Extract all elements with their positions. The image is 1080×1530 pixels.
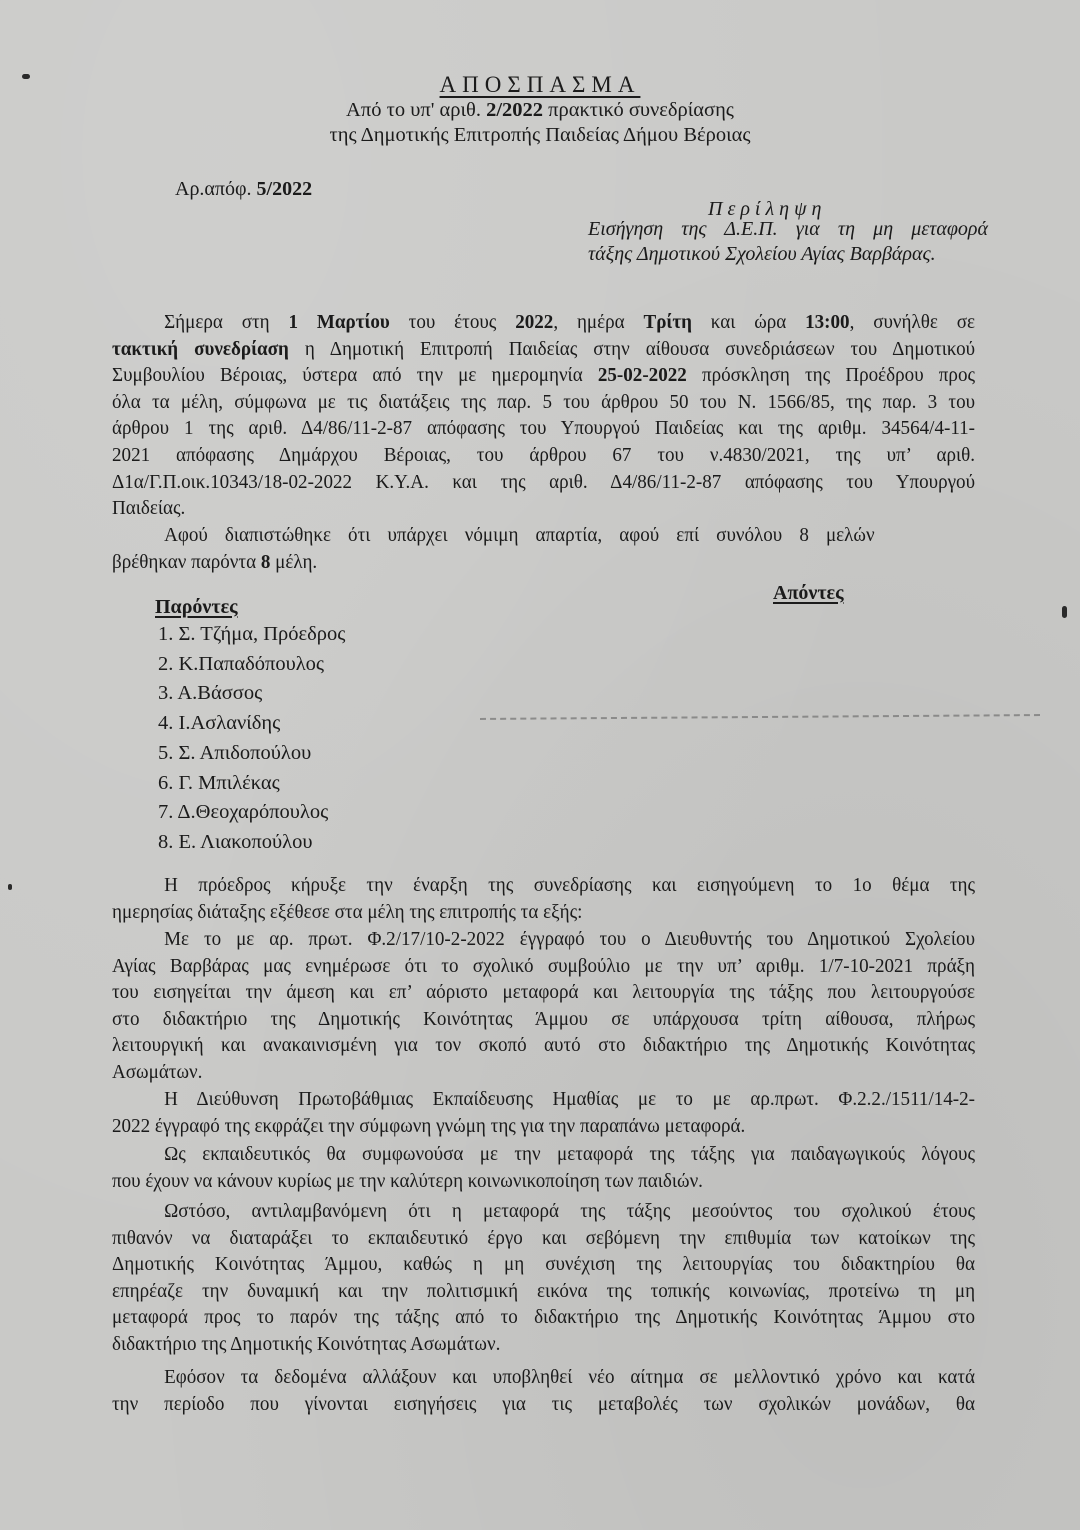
- document-page: ΑΠΟΣΠΑΣΜΑ Από το υπ' αριθ. 2/2022 πρακτι…: [0, 0, 1080, 1530]
- paragraph-line: του εισηγείται την άμεση και επ’ αόριστο…: [112, 979, 975, 1006]
- scan-speck: [22, 74, 30, 79]
- absent-placeholder-line: [480, 714, 1040, 720]
- paragraph-line: ημερησίας διάταξης εξέθεσε στα μέλη της …: [112, 899, 975, 926]
- intro-text: Δ1α/Γ.Π.οικ.10343/18-02-2022 Κ.Υ.Α. και …: [112, 471, 975, 493]
- intro-line: τακτική συνεδρίαση η Δημοτική Επιτροπή Π…: [112, 336, 975, 363]
- intro-text: Συμβουλίου Βέροιας, ύστερα από την με ημ…: [112, 364, 598, 386]
- paragraph-educational-view: Ως εκπαιδευτικός θα συμφωνούσα με την με…: [112, 1141, 975, 1194]
- paragraph-line: Εφόσον τα δεδομένα αλλάξουν και υποβληθε…: [112, 1364, 975, 1391]
- paragraph-line: Ασωμάτων.: [112, 1059, 975, 1086]
- paragraph-line: Η πρόεδρος κήρυξε την έναρξη της συνεδρί…: [112, 872, 975, 899]
- intro-emphasis: 25-02-2022: [598, 364, 687, 386]
- quorum-text: βρέθηκαν παρόντα: [112, 551, 261, 573]
- paragraph-opening: Η πρόεδρος κήρυξε την έναρξη της συνεδρί…: [112, 872, 975, 925]
- paragraph-line: μεταφορά προς το παρόν της τάξης από το …: [112, 1304, 975, 1331]
- decision-value: 5/2022: [257, 178, 313, 200]
- intro-emphasis: 2022: [515, 311, 553, 333]
- intro-line: Παιδείας.: [112, 495, 975, 522]
- paragraph-line: λειτουργική και ανακαινισμένη για τον σκ…: [112, 1032, 975, 1059]
- paragraph-line: στο διδακτήριο της Δημοτικής Κοινότητας …: [112, 1006, 975, 1033]
- paragraph-line: Δημοτικής Κοινότητας Άμμου, καθώς η μη σ…: [112, 1251, 975, 1278]
- paragraph-line: την περίοδο που γίνονται εισηγήσεις για …: [112, 1391, 975, 1418]
- paragraph-line: που έχουν να κάνουν κυρίως με την καλύτε…: [112, 1168, 975, 1195]
- quorum-text: μέλη.: [270, 551, 317, 573]
- intro-line: Δ1α/Γ.Π.οικ.10343/18-02-2022 Κ.Υ.Α. και …: [112, 469, 975, 496]
- member-list-item: 3. Α.Βάσσος: [158, 679, 345, 709]
- subtitle-text: πρακτικό συνεδρίασης: [543, 99, 734, 121]
- document-title: ΑΠΟΣΠΑΣΜΑ: [0, 72, 1080, 98]
- intro-paragraph: Σήμερα στη 1 Μαρτίου του έτους 2022, ημέ…: [112, 309, 975, 522]
- intro-text: Παιδείας.: [112, 497, 185, 519]
- intro-text: πρόσκληση της Προέδρου προς: [687, 364, 975, 386]
- decision-number: Αρ.απόφ. 5/2022: [175, 178, 312, 201]
- intro-emphasis: τακτική συνεδρίαση: [112, 338, 289, 360]
- paragraph-line: Η Διεύθυνση Πρωτοβάθμιας Εκπαίδευσης Ημα…: [112, 1086, 975, 1113]
- paragraph-line: διδακτήριο της Δημοτικής Κοινότητας Ασωμ…: [112, 1331, 975, 1358]
- paragraph-line: Αγίας Βαρβάρας μας ενημέρωσε ότι το σχολ…: [112, 953, 975, 980]
- paragraph-proposal: Ωστόσο, αντιλαμβανόμενη ότι η μεταφορά τ…: [112, 1198, 975, 1358]
- intro-text: 2021 απόφασης Δημάρχου Βέροιας, του άρθρ…: [112, 444, 975, 466]
- present-members-list: 1. Σ. Τζήμα, Πρόεδρος2. Κ.Παπαδόπουλος3.…: [158, 620, 345, 858]
- intro-text: , ημέρα: [553, 311, 643, 333]
- paragraph-future-request: Εφόσον τα δεδομένα αλλάξουν και υποβληθε…: [112, 1364, 975, 1417]
- member-list-item: 2. Κ.Παπαδόπουλος: [158, 650, 345, 680]
- intro-text: άρθρου 1 της αριθ. Δ4/86/11-2-87 απόφαση…: [112, 417, 975, 439]
- paragraph-line: Με το με αρ. πρωτ. Φ.2/17/10-2-2022 έγγρ…: [112, 926, 975, 953]
- intro-emphasis: 1 Μαρτίου: [288, 311, 389, 333]
- subtitle-text: Από το υπ' αριθ.: [346, 99, 486, 121]
- paragraph-directorate-opinion: Η Διεύθυνση Πρωτοβάθμιας Εκπαίδευσης Ημα…: [112, 1086, 975, 1139]
- quorum-line1: Αφού διαπιστώθηκε ότι υπάρχει νόμιμη απα…: [112, 522, 875, 549]
- paragraph-line: πιθανόν να διαταράξει το εκπαιδευτικό έρ…: [112, 1225, 975, 1252]
- intro-text: του έτους: [390, 311, 515, 333]
- quorum-line2: βρέθηκαν παρόντα 8 μέλη.: [112, 549, 912, 576]
- document-subtitle-line1: Από το υπ' αριθ. 2/2022 πρακτικό συνεδρί…: [0, 99, 1080, 122]
- quorum-paragraph: Αφού διαπιστώθηκε ότι υπάρχει νόμιμη απα…: [112, 522, 912, 575]
- member-list-item: 7. Δ.Θεοχαρόπουλος: [158, 798, 345, 828]
- member-list-item: 1. Σ. Τζήμα, Πρόεδρος: [158, 620, 345, 650]
- present-count: 8: [261, 551, 271, 573]
- absent-heading: Απόντες: [773, 582, 844, 605]
- paragraph-director-letter: Με το με αρ. πρωτ. Φ.2/17/10-2-2022 έγγρ…: [112, 926, 975, 1086]
- intro-emphasis: 13:00: [805, 311, 849, 333]
- intro-line: Συμβουλίου Βέροιας, ύστερα από την με ημ…: [112, 362, 975, 389]
- minutes-number: 2/2022: [486, 99, 543, 121]
- paragraph-line: επηρέαζε την δυναμική και την πολιτισμικ…: [112, 1278, 975, 1305]
- scan-speck: [1062, 606, 1067, 618]
- summary-line1: Εισήγηση της Δ.Ε.Π. για τη μη μεταφορά: [588, 218, 988, 241]
- member-list-item: 4. Ι.Ασλανίδης: [158, 709, 345, 739]
- intro-text: η Δημοτική Επιτροπή Παιδείας στην αίθουσ…: [289, 338, 975, 360]
- intro-line: Σήμερα στη 1 Μαρτίου του έτους 2022, ημέ…: [112, 309, 975, 336]
- intro-emphasis: Τρίτη: [644, 311, 692, 333]
- decision-label: Αρ.απόφ.: [175, 178, 257, 200]
- paragraph-line: 2022 έγγραφό της εκφράζει την σύμφωνη γν…: [112, 1113, 975, 1140]
- member-list-item: 6. Γ. Μπιλέκας: [158, 769, 345, 799]
- intro-line: άρθρου 1 της αριθ. Δ4/86/11-2-87 απόφαση…: [112, 415, 975, 442]
- intro-text: όλα τα μέλη, σύμφωνα με τις διατάξεις τη…: [112, 391, 975, 413]
- intro-text: Σήμερα στη: [164, 311, 288, 333]
- paragraph-line: Ως εκπαιδευτικός θα συμφωνούσα με την με…: [112, 1141, 975, 1168]
- scan-speck: [8, 884, 12, 890]
- intro-line: 2021 απόφασης Δημάρχου Βέροιας, του άρθρ…: [112, 442, 975, 469]
- intro-line: όλα τα μέλη, σύμφωνα με τις διατάξεις τη…: [112, 389, 975, 416]
- intro-text: , συνήλθε σε: [850, 311, 975, 333]
- document-subtitle-line2: της Δημοτικής Επιτροπής Παιδείας Δήμου Β…: [0, 124, 1080, 147]
- present-heading: Παρόντες: [155, 596, 238, 619]
- summary-line2: τάξης Δημοτικού Σχολείου Αγίας Βαρβάρας.: [588, 243, 988, 266]
- member-list-item: 8. Ε. Λιακοπούλου: [158, 828, 345, 858]
- intro-text: και ώρα: [692, 311, 805, 333]
- member-list-item: 5. Σ. Απιδοπούλου: [158, 739, 345, 769]
- paragraph-line: Ωστόσο, αντιλαμβανόμενη ότι η μεταφορά τ…: [112, 1198, 975, 1225]
